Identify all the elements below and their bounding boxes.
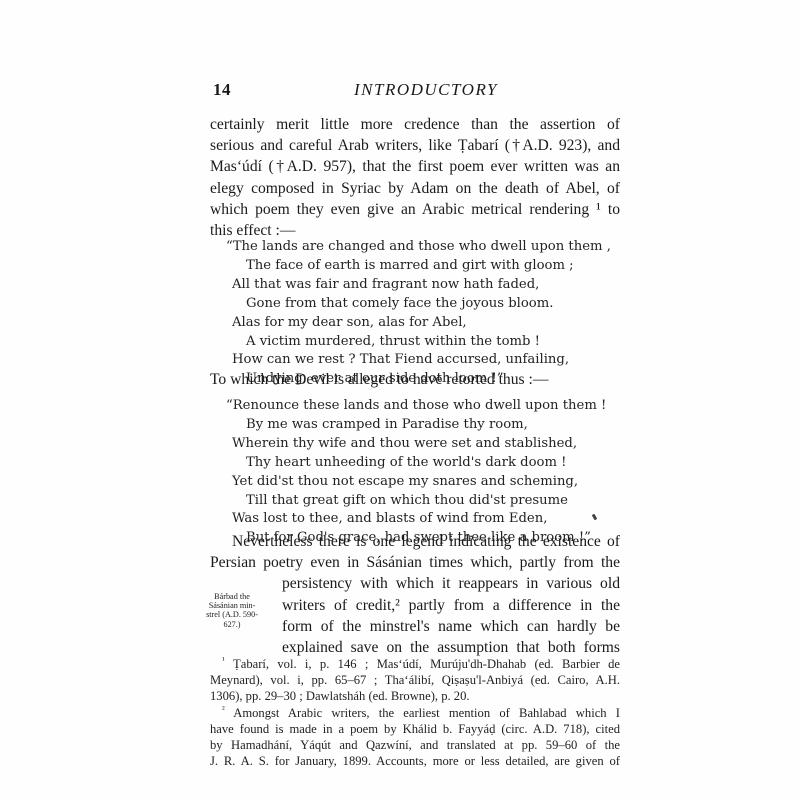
verse: How can we rest ? That Fiend accursed, u… [232,351,611,370]
verse: All that was fair and fragrant now hath … [232,276,611,295]
sidenote-line: strel (A.D. 590- [196,610,268,619]
book-page: 14 INTRODUCTORY certainly merit little m… [0,0,800,800]
verse: Till that great gift on which thou did's… [232,492,606,511]
sidenote-line: Sásánian min- [196,601,268,610]
footnotes: ¹ Ṭabarí, vol. i, p. 146 ; Mas‘údí, Murú… [210,656,620,769]
footnote-line: by Hamadhání, Yáqút and Qazwíní, and tra… [210,737,620,753]
footnote-marker: ¹ [222,655,225,665]
footnote-line: ¹ Ṭabarí, vol. i, p. 146 ; Mas‘údí, Murú… [210,656,620,672]
verse: The face of earth is marred and girt wit… [232,257,611,276]
footnote-2: ² Amongst Arabic writers, the earliest m… [210,705,620,770]
verse: Thy heart unheeding of the world's dark … [232,454,606,473]
poem-adam-elegy: “The lands are changed and those who dwe… [232,238,611,389]
page-header: 14 INTRODUCTORY [213,80,619,102]
verse: Wherein thy wife and thou were set and s… [232,435,606,454]
sidenote-line: Bárbad the [196,592,268,601]
sidenote-line: 627.) [196,620,268,629]
running-head: INTRODUCTORY [213,80,619,100]
text-line: Nevertheless there is one legend indicat… [210,531,620,552]
text-line: serious and careful Arab writers, like Ṭ… [210,135,620,156]
footnote-line: ² Amongst Arabic writers, the earliest m… [210,705,620,721]
verse: Yet did'st thou not escape my snares and… [232,473,606,492]
text-line: form of the minstrel's name which can ha… [282,616,620,637]
footnote-line: J. R. A. S. for January, 1899. Accounts,… [210,753,620,769]
text-line: writers of credit,² partly from a differ… [282,595,620,616]
verse: By me was cramped in Paradise thy room, [232,416,606,435]
footnote-line: Meynard), vol. i, pp. 65–67 ; Tha‘álibí,… [210,672,620,688]
verse: A victim murdered, thrust within the tom… [232,333,611,352]
footnote-marker: ² [222,703,225,713]
margin-sidenote: Bárbad the Sásánian min- strel (A.D. 590… [196,592,268,629]
paragraph-intro: certainly merit little more credence tha… [210,114,620,241]
text-line: Mas‘údí (†A.D. 957), that the first poem… [210,156,620,177]
footnote-1: ¹ Ṭabarí, vol. i, p. 146 ; Mas‘údí, Murú… [210,656,620,705]
poem-devil-retort: “Renounce these lands and those who dwel… [232,397,606,548]
footnote-line: have found is made in a poem by Khálid b… [210,721,620,737]
footnote-line: 1306), pp. 29–30 ; Dawlatsháh (ed. Brown… [210,688,620,704]
verse: “Renounce these lands and those who dwel… [232,397,606,416]
verse: Was lost to thee, and blasts of wind fro… [232,510,606,529]
paragraph-barbad: Nevertheless there is one legend indicat… [210,531,620,658]
text-line: certainly merit little more credence tha… [210,114,620,135]
text-line: which poem they even give an Arabic metr… [210,199,620,220]
text-line: Persian poetry even in Sásánian times wh… [210,552,620,573]
verse: Gone from that comely face the joyous bl… [232,295,611,314]
text-line: persistency with which it reappears in v… [282,573,620,594]
text-line: elegy composed in Syriac by Adam on the … [210,178,620,199]
verse: Alas for my dear son, alas for Abel, [232,314,611,333]
bridge-sentence: To which the Devil is alleged to have re… [210,369,548,390]
verse: “The lands are changed and those who dwe… [232,238,611,257]
